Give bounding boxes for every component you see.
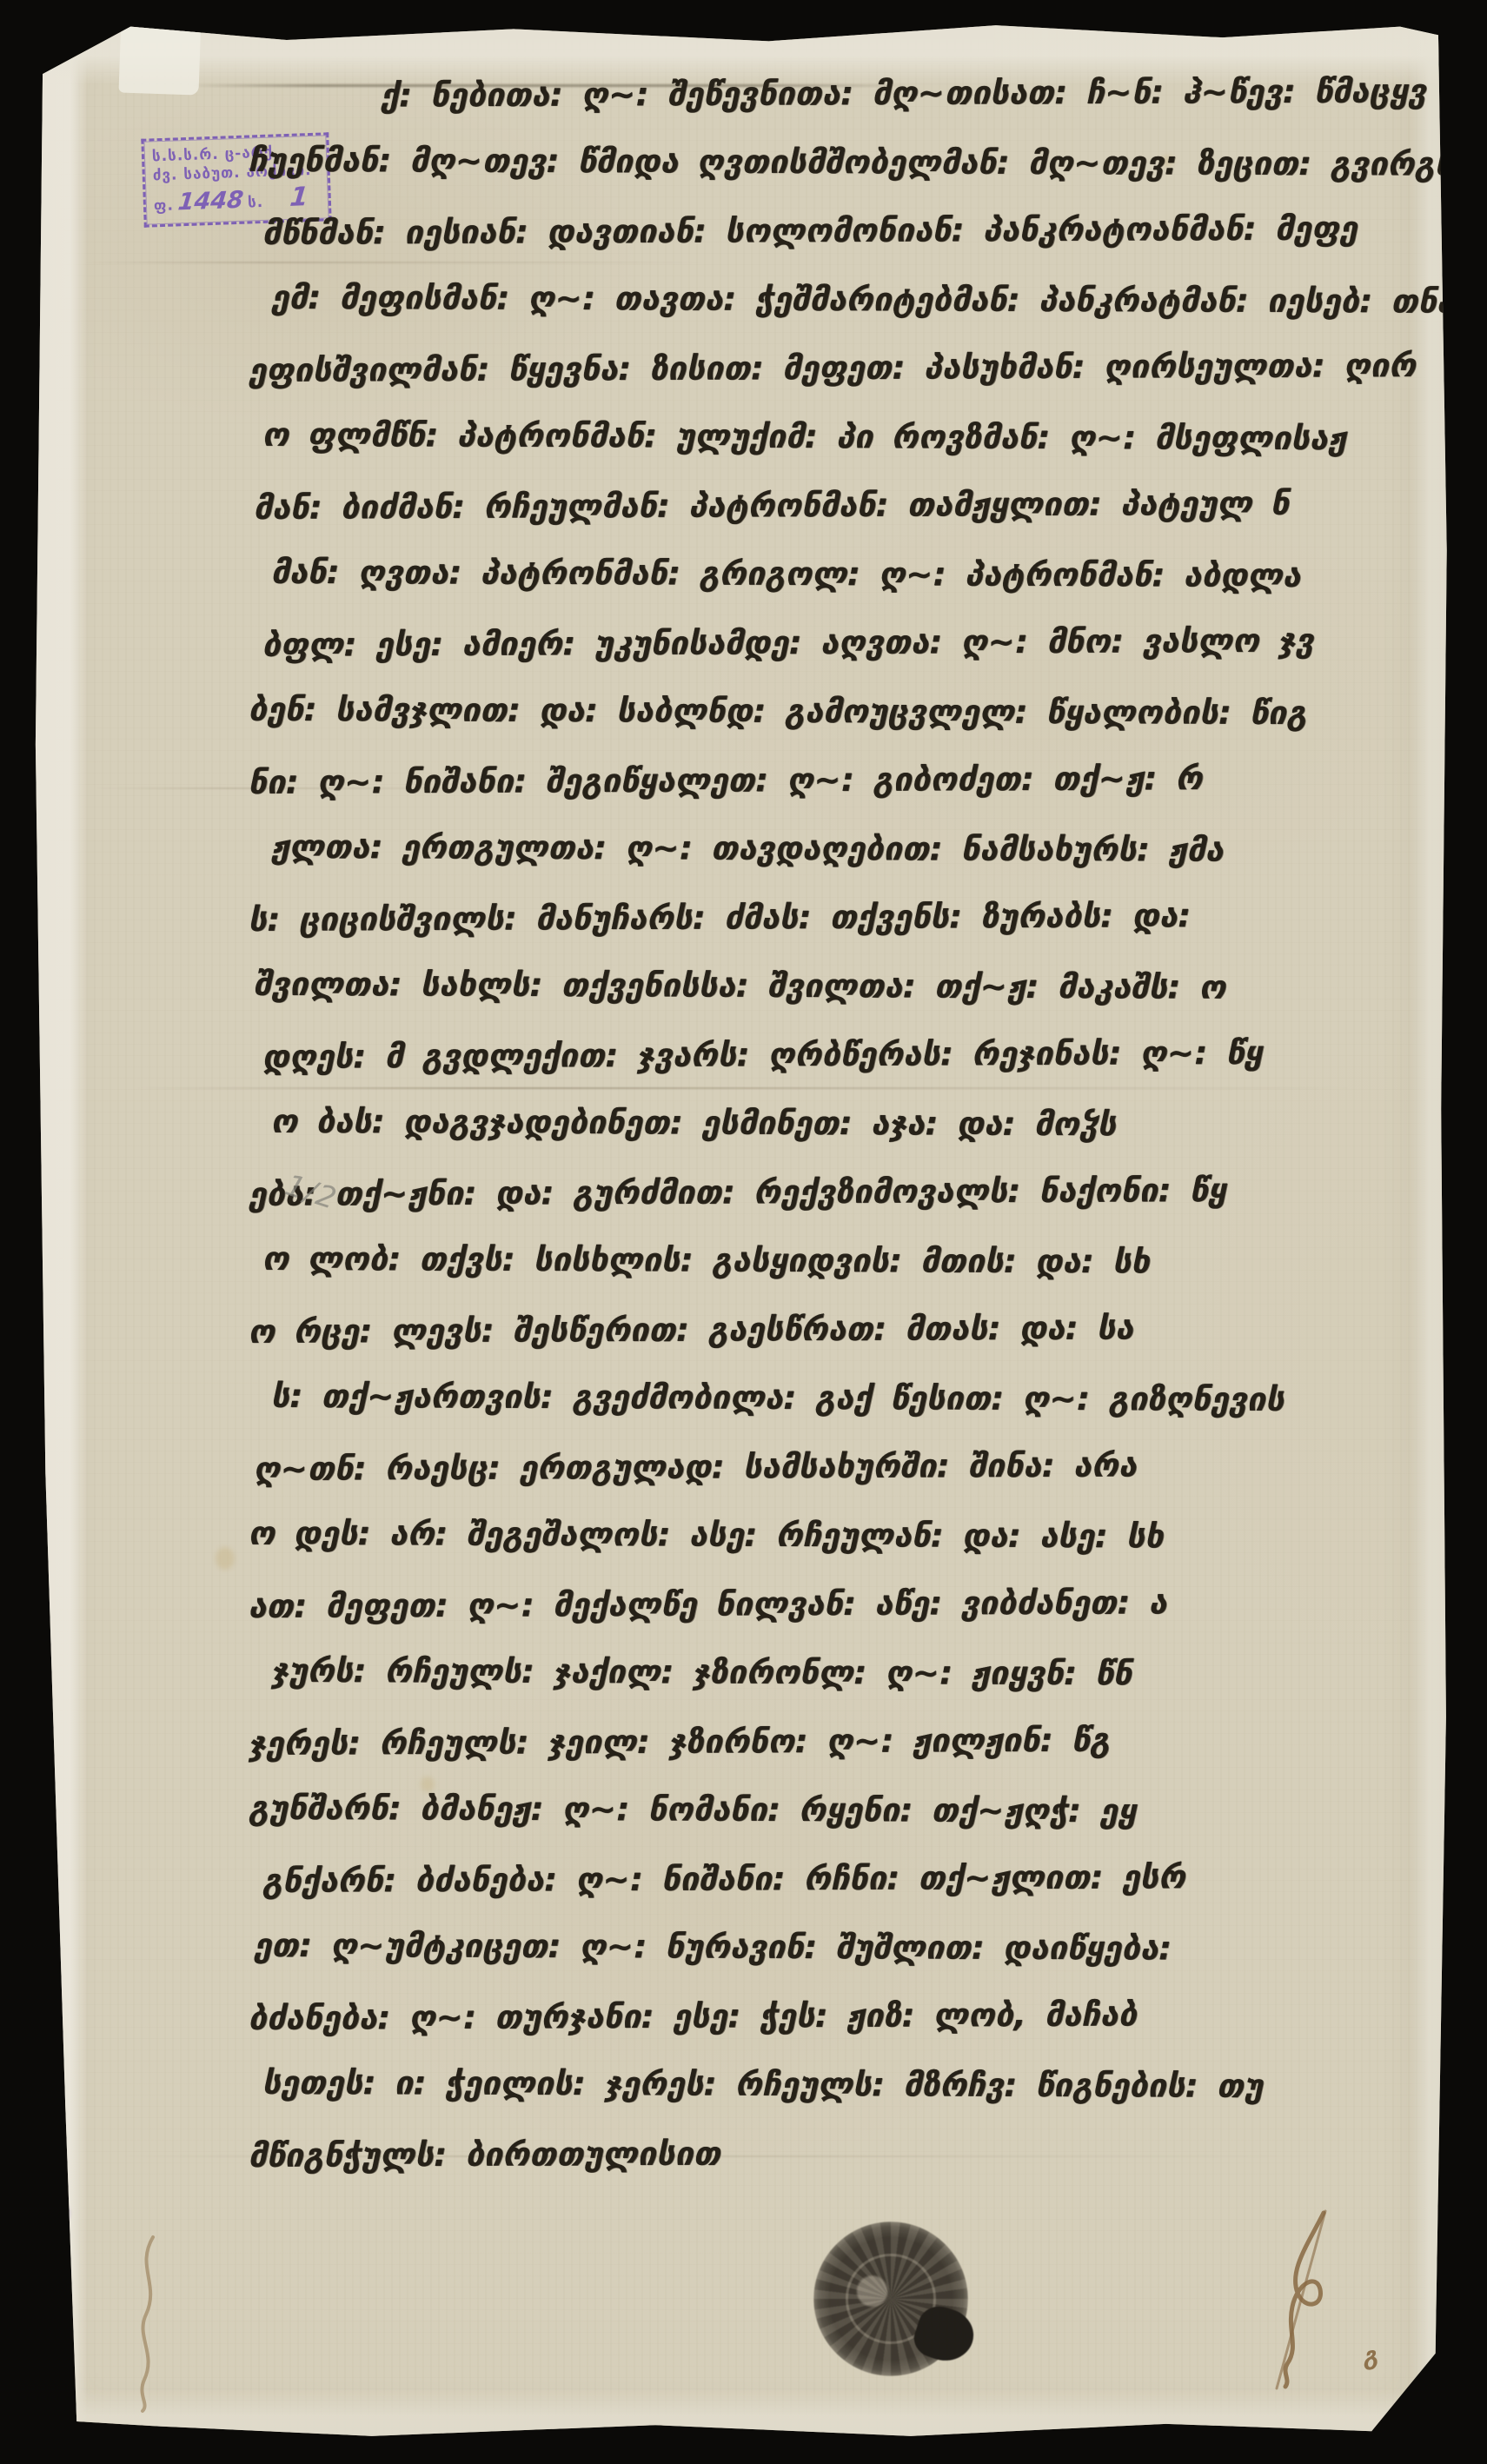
manuscript-line: დღეს: მ გვდლექით: ჯვარს: ღრბწერას: რეჯინ… bbox=[262, 1018, 1378, 1092]
manuscript-line: ს: თქ~ჟართვის: გვეძმობილა: გაქ წესით: ღ~… bbox=[271, 1362, 1378, 1434]
manuscript-line: ეფისშვილმან: წყევნა: ზისით: მეფეთ: პასუხ… bbox=[249, 331, 1378, 405]
manuscript-line: ს: ციცისშვილს: მანუჩარს: ძმას: თქვენს: ზ… bbox=[249, 880, 1378, 954]
manuscript-line: ეთ: ღ~უმტკიცეთ: ღ~: ნურავინ: შუშლით: დაი… bbox=[254, 1911, 1378, 1984]
manuscript-page: ს.ს.ს.რ. ც-არქ. ძვ. საბუთ. არქივი. ფ. 14… bbox=[31, 16, 1450, 2446]
paper-left-backing-strip bbox=[31, 16, 89, 2446]
manuscript-line: ბენ: სამვჯლით: და: საბლნდ: გამოუცვლელ: წ… bbox=[249, 675, 1378, 748]
paper-torn-corner-tab bbox=[118, 14, 201, 95]
manuscript-line: ემ: მეფისმან: ღ~: თავთა: ჭეშმარიტებმან: … bbox=[271, 263, 1378, 335]
manuscript-line: ო ბას: დაგვჯადებინეთ: ესმინეთ: აჯა: და: … bbox=[271, 1087, 1378, 1159]
purple-ink-smudge bbox=[52, 2204, 71, 2228]
manuscript-line: მან: ბიძმან: რჩეულმან: პატრონმან: თამჟყლ… bbox=[254, 468, 1378, 542]
fond-prefix: ფ. bbox=[154, 196, 175, 216]
manuscript-text-block: ქ: ნებითა: ღ~: შეწევნითა: მღ~თისათ: ჩ~ნ:… bbox=[249, 59, 1378, 2188]
manuscript-line: ათ: მეფეთ: ღ~: მექალწე ნილვან: აწე: ვიბძ… bbox=[249, 1567, 1378, 1641]
manuscript-line: სეთეს: ი: ჭეილის: ჯერეს: რჩეულს: მზრჩვ: … bbox=[262, 2049, 1378, 2121]
manuscript-line: ღ~თნ: რაესც: ერთგულად: სამსახურში: შინა:… bbox=[254, 1430, 1378, 1504]
manuscript-line: შვილთა: სახლს: თქვენისსა: შვილთა: თქ~ჟ: … bbox=[254, 950, 1378, 1023]
fond-number-handwritten: 1448 bbox=[176, 185, 245, 218]
manuscript-line: ება: თქ~ჟნი: და: გურძმით: რექვზიმოვალს: … bbox=[249, 1155, 1378, 1229]
photo-backdrop: { "backdrop": { "color": "#0b0a08" }, "p… bbox=[0, 0, 1487, 2464]
manuscript-line: ჯერეს: რჩეულს: ჯეილ: ჯზირნო: ღ~: ჟილჟინ:… bbox=[249, 1704, 1378, 1778]
manuscript-line: ჯურს: რჩეულს: ჯაქილ: ჯზირონლ: ღ~: ჟიყვნ:… bbox=[271, 1637, 1378, 1709]
manuscript-line: გნქარნ: ბძანება: ღ~: ნიშანი: რჩნი: თქ~ჟლ… bbox=[262, 1842, 1378, 1916]
manuscript-line: ო დეს: არ: შეგეშალოს: ასე: რჩეულან: და: … bbox=[249, 1499, 1378, 1572]
manuscript-line: ბძანება: ღ~: თურჯანი: ესე: ჭეს: ჟიზ: ლობ… bbox=[249, 1979, 1378, 2053]
manuscript-line: მწნმან: იესიან: დავთიან: სოლომონიან: პან… bbox=[262, 194, 1378, 268]
manuscript-line: ო ფლმწნ: პატრონმან: ულუქიმ: პი როვზმან: … bbox=[262, 401, 1378, 473]
manuscript-line: ჩუენმან: მღ~თევ: წმიდა ღვთისმშობელმან: მ… bbox=[249, 126, 1378, 199]
ink-seal bbox=[813, 2222, 968, 2376]
manuscript-line: მწიგნჭულს: ბირთთულისით bbox=[249, 2116, 1378, 2190]
manuscript-line: ქ: ნებითა: ღ~: შეწევნითა: მღ~თისათ: ჩ~ნ:… bbox=[381, 56, 1378, 130]
manuscript-line: ო რცე: ლევს: შესწერით: გაესწრათ: მთას: დ… bbox=[249, 1292, 1378, 1366]
manuscript-line: ნი: ღ~: ნიშანი: შეგიწყალეთ: ღ~: გიბოძეთ:… bbox=[249, 743, 1378, 817]
manuscript-line: გუნშარნ: ბმანეჟ: ღ~: ნომანი: რყენი: თქ~ჟ… bbox=[249, 1774, 1378, 1847]
sepia-scribble-mark bbox=[127, 2232, 170, 2414]
sepia-flourish-mark bbox=[1247, 2209, 1334, 2392]
paper-bottom-deckle-edge bbox=[31, 2388, 1450, 2446]
manuscript-line: ო ლობ: თქვს: სისხლის: გასყიდვის: მთის: დ… bbox=[262, 1225, 1378, 1297]
manuscript-line: ჟლთა: ერთგულთა: ღ~: თავდაღებით: ნამსახურ… bbox=[271, 813, 1378, 885]
manuscript-line: ბფლ: ესე: ამიერ: უკუნისამდე: აღვთა: ღ~: … bbox=[262, 606, 1378, 680]
manuscript-line: მან: ღვთა: პატრონმან: გრიგოლ: ღ~: პატრონ… bbox=[271, 538, 1378, 610]
sepia-letter-note: გ bbox=[1361, 2341, 1379, 2371]
paper-stain bbox=[216, 1547, 235, 1570]
